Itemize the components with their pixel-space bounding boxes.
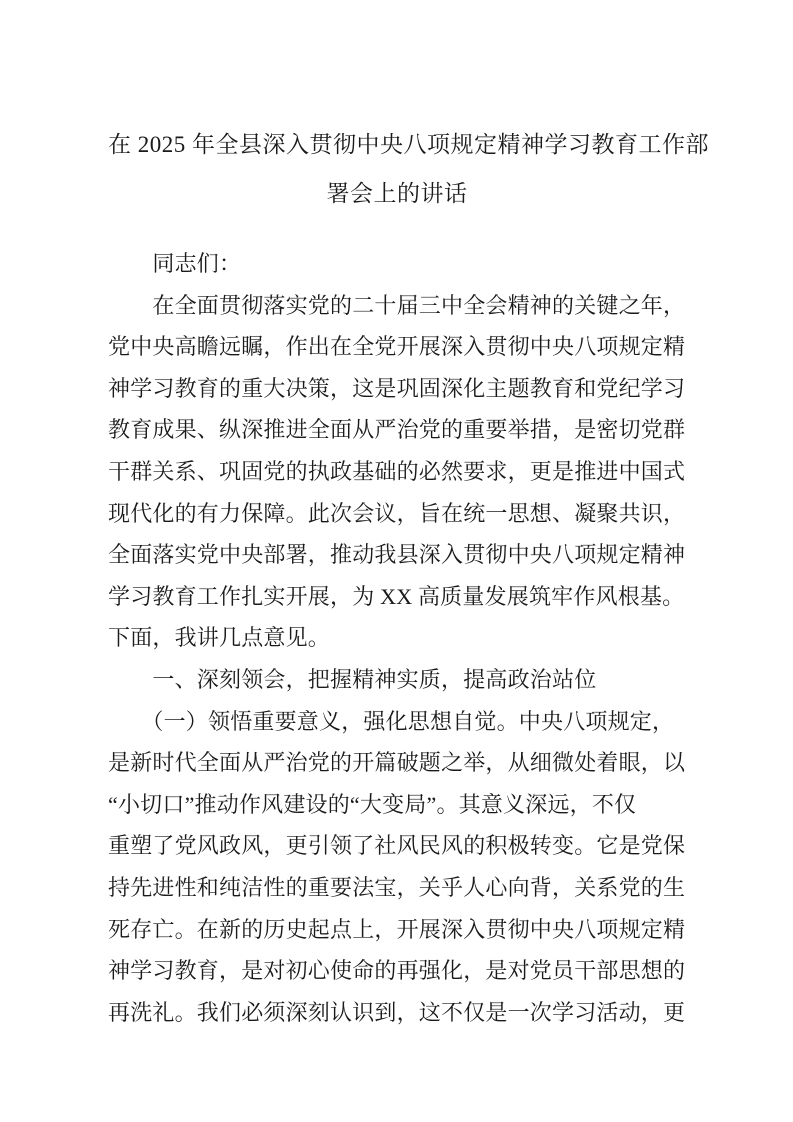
body-line: 神学习教育的重大决策，这是巩固深化主题教育和党纪学习 bbox=[108, 368, 686, 410]
body-line: 全面落实党中央部署，推动我县深入贯彻中央八项规定精神 bbox=[108, 534, 686, 576]
body-line: 现代化的有力保障。此次会议，旨在统一思想、凝聚共识， bbox=[108, 493, 686, 535]
body-line: 是新时代全面从严治党的开篇破题之举，从细微处着眼，以 bbox=[108, 742, 686, 784]
body-line: 同志们： bbox=[108, 243, 686, 285]
body-line: 死存亡。在新的历史起点上，开展深入贯彻中央八项规定精 bbox=[108, 909, 686, 951]
body-line: 党中央高瞻远瞩，作出在全党开展深入贯彻中央八项规定精 bbox=[108, 326, 686, 368]
body-line: （一）领悟重要意义，强化思想自觉。中央八项规定， bbox=[108, 701, 686, 743]
body-line: 下面，我讲几点意见。 bbox=[108, 617, 686, 659]
document-title: 在 2025 年全县深入贯彻中央八项规定精神学习教育工作部署会上的讲话 bbox=[108, 120, 686, 218]
document-page: 在 2025 年全县深入贯彻中央八项规定精神学习教育工作部署会上的讲话 同志们：… bbox=[0, 0, 793, 1122]
title-line: 署会上的讲话 bbox=[108, 169, 686, 218]
body-line: 神学习教育，是对初心使命的再强化，是对党员干部思想的 bbox=[108, 950, 686, 992]
document-content: 在 2025 年全县深入贯彻中央八项规定精神学习教育工作部署会上的讲话 同志们：… bbox=[108, 0, 686, 1033]
body-line: 再洗礼。我们必须深刻认识到，这不仅是一次学习活动，更 bbox=[108, 992, 686, 1034]
body-line: 教育成果、纵深推进全面从严治党的重要举措，是密切党群 bbox=[108, 409, 686, 451]
title-line: 在 2025 年全县深入贯彻中央八项规定精神学习教育工作部 bbox=[108, 120, 686, 169]
body-line: 干群关系、巩固党的执政基础的必然要求，更是推进中国式 bbox=[108, 451, 686, 493]
body-line: 在全面贯彻落实党的二十届三中全会精神的关键之年， bbox=[108, 285, 686, 327]
body-line: 学习教育工作扎实开展，为 XX 高质量发展筑牢作风根基。 bbox=[108, 576, 686, 618]
document-body: 同志们： 在全面贯彻落实党的二十届三中全会精神的关键之年，党中央高瞻远瞩，作出在… bbox=[108, 243, 686, 1033]
body-line: 持先进性和纯洁性的重要法宝，关乎人心向背，关系党的生 bbox=[108, 867, 686, 909]
body-line: 一、深刻领会，把握精神实质，提高政治站位 bbox=[108, 659, 686, 701]
body-line: “小切口”推动作风建设的“大变局”。其意义深远，不仅 bbox=[108, 784, 686, 826]
body-line: 重塑了党风政风，更引领了社风民风的积极转变。它是党保 bbox=[108, 825, 686, 867]
